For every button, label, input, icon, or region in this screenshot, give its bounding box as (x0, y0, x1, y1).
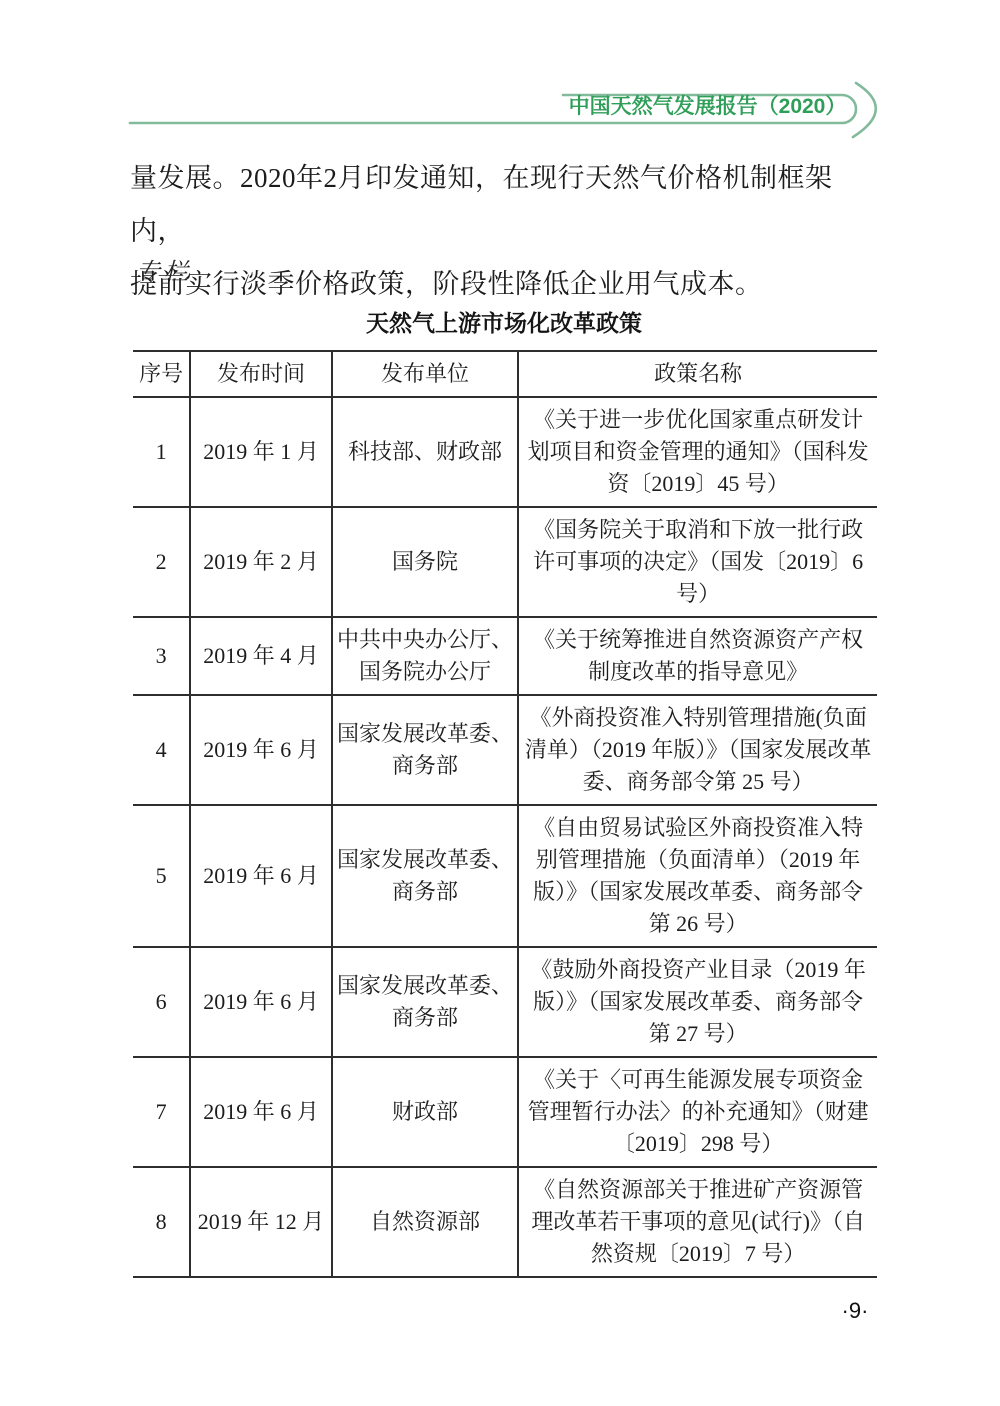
cell-policy: 《自然资源部关于推进矿产资源管理改革若干事项的意见(试行)》（自然资规〔2019… (518, 1167, 877, 1277)
table-row: 1 2019 年 1 月 科技部、财政部 《关于进一步优化国家重点研发计划项目和… (133, 397, 877, 507)
cell-date: 2019 年 1 月 (190, 397, 331, 507)
cell-policy: 《关于〈可再生能源发展专项资金管理暂行办法〉的补充通知》（财建〔2019〕298… (518, 1057, 877, 1167)
cell-policy: 《国务院关于取消和下放一批行政许可事项的决定》（国发〔2019〕6 号） (518, 507, 877, 617)
table-title: 天然气上游市场化改革政策 (130, 305, 878, 338)
cell-no: 3 (133, 617, 190, 695)
cell-no: 2 (133, 507, 190, 617)
table-row: 5 2019 年 6 月 国家发展改革委、商务部 《自由贸易试验区外商投资准入特… (133, 805, 877, 947)
body-paragraph: 量发展。2020年2月印发通知，在现行天然气价格机制框架内， 提前实行淡季价格政… (130, 152, 878, 311)
cell-org: 自然资源部 (332, 1167, 519, 1277)
report-title: 中国天然气发展报告（2020） (565, 93, 850, 121)
cell-date: 2019 年 12 月 (190, 1167, 331, 1277)
cell-policy: 《关于统筹推进自然资源资产产权制度改革的指导意见》 (518, 617, 877, 695)
cell-no: 6 (133, 947, 190, 1057)
cell-date: 2019 年 6 月 (190, 805, 331, 947)
col-header-org: 发布单位 (332, 351, 519, 397)
table-row: 7 2019 年 6 月 财政部 《关于〈可再生能源发展专项资金管理暂行办法〉的… (133, 1057, 877, 1167)
table-row: 4 2019 年 6 月 国家发展改革委、商务部 《外商投资准入特别管理措施(负… (133, 695, 877, 805)
table-row: 3 2019 年 4 月 中共中央办公厅、国务院办公厅 《关于统筹推进自然资源资… (133, 617, 877, 695)
cell-org: 国家发展改革委、商务部 (332, 695, 519, 805)
cell-policy: 《关于进一步优化国家重点研发计划项目和资金管理的通知》（国科发资〔2019〕45… (518, 397, 877, 507)
cell-no: 1 (133, 397, 190, 507)
col-header-policy: 政策名称 (518, 351, 877, 397)
cell-no: 8 (133, 1167, 190, 1277)
table-row: 8 2019 年 12 月 自然资源部 《自然资源部关于推进矿产资源管理改革若干… (133, 1167, 877, 1277)
cell-date: 2019 年 6 月 (190, 947, 331, 1057)
body-line-1: 量发展。2020年2月印发通知，在现行天然气价格机制框架内， (130, 152, 878, 258)
cell-org: 国家发展改革委、商务部 (332, 805, 519, 947)
cell-no: 4 (133, 695, 190, 805)
cell-date: 2019 年 6 月 (190, 695, 331, 805)
cell-org: 国务院 (332, 507, 519, 617)
table-row: 2 2019 年 2 月 国务院 《国务院关于取消和下放一批行政许可事项的决定》… (133, 507, 877, 617)
body-line-2: 提前实行淡季价格政策，阶段性降低企业用气成本。 (130, 258, 878, 311)
cell-org: 财政部 (332, 1057, 519, 1167)
cell-policy: 《鼓励外商投资产业目录（2019 年版）》（国家发展改革委、商务部令第 27 号… (518, 947, 877, 1057)
cell-no: 5 (133, 805, 190, 947)
table-header-row: 序号 发布时间 发布单位 政策名称 (133, 351, 877, 397)
cell-org: 科技部、财政部 (332, 397, 519, 507)
page-number: ·9· (820, 1298, 890, 1324)
cell-no: 7 (133, 1057, 190, 1167)
cell-org: 中共中央办公厅、国务院办公厅 (332, 617, 519, 695)
document-page: 中国天然气发展报告（2020） 量发展。2020年2月印发通知，在现行天然气价格… (0, 0, 1000, 1406)
col-header-date: 发布时间 (190, 351, 331, 397)
cell-policy: 《外商投资准入特别管理措施(负面清单）（2019 年版）》（国家发展改革委、商务… (518, 695, 877, 805)
policy-table: 序号 发布时间 发布单位 政策名称 1 2019 年 1 月 科技部、财政部 《… (133, 350, 877, 1278)
cell-date: 2019 年 4 月 (190, 617, 331, 695)
cell-org: 国家发展改革委、商务部 (332, 947, 519, 1057)
cell-policy: 《自由贸易试验区外商投资准入特别管理措施（负面清单）（2019 年版）》（国家发… (518, 805, 877, 947)
boxed-column-label: 专栏 (136, 252, 192, 287)
cell-date: 2019 年 6 月 (190, 1057, 331, 1167)
header-rule-decoration (0, 0, 1000, 160)
table-row: 6 2019 年 6 月 国家发展改革委、商务部 《鼓励外商投资产业目录（201… (133, 947, 877, 1057)
col-header-no: 序号 (133, 351, 190, 397)
cell-date: 2019 年 2 月 (190, 507, 331, 617)
